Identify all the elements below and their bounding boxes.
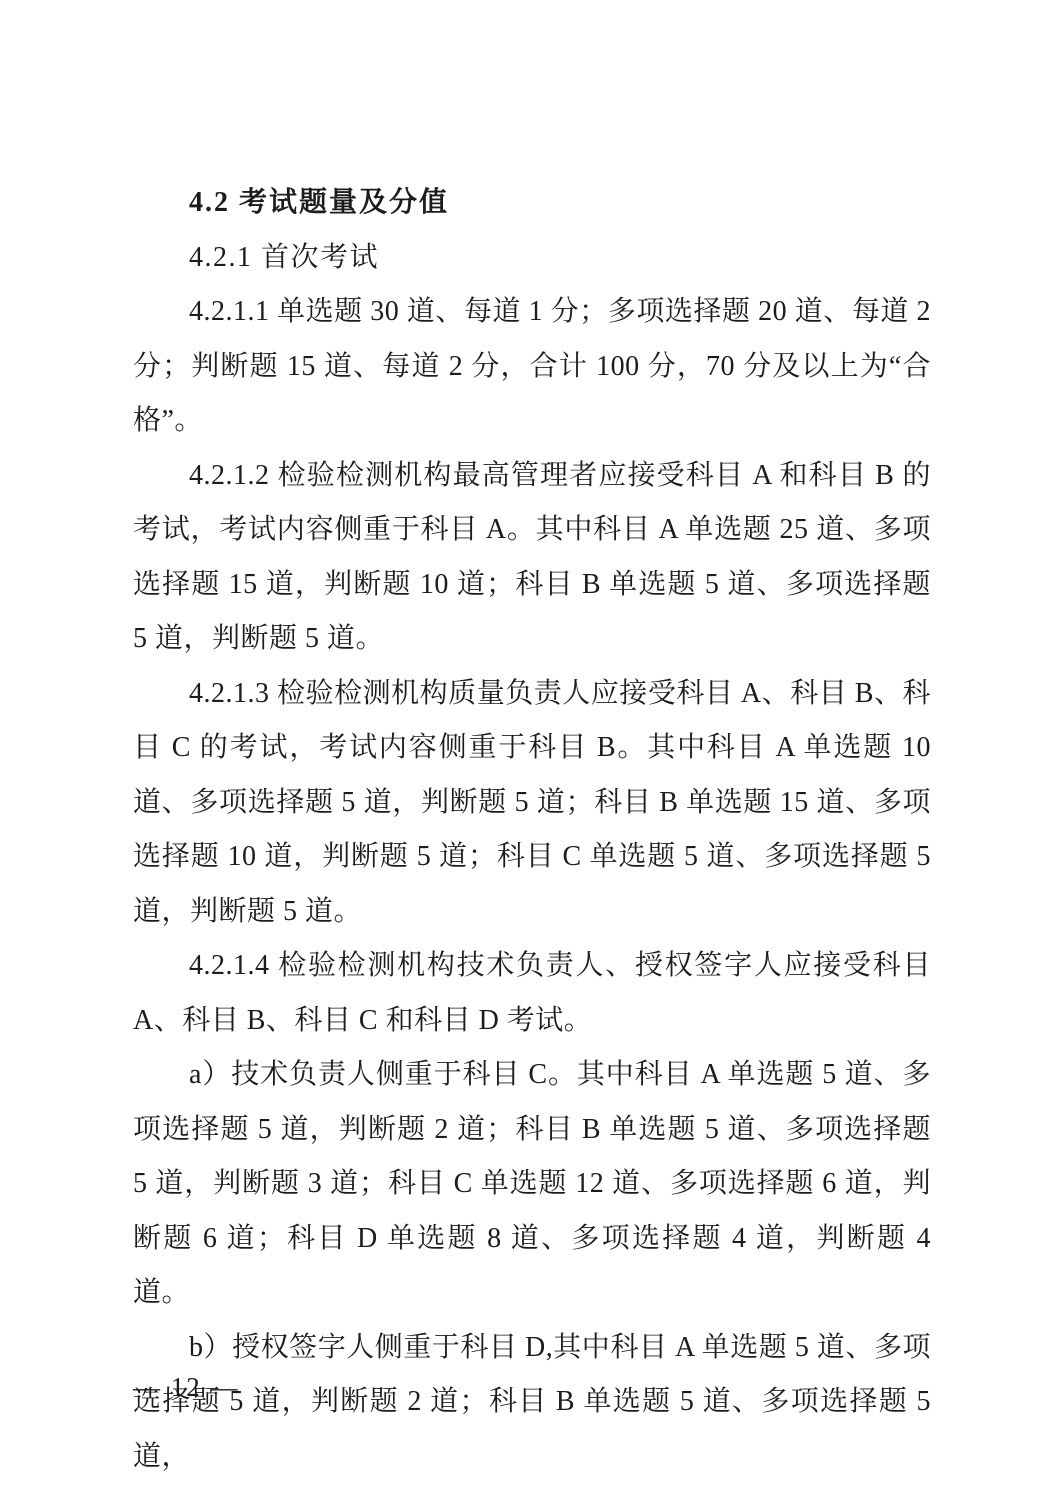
paragraph-item-b: b）授权签字人侧重于科目 D,其中科目 A 单选题 5 道、多项选择题 5 道，…: [133, 1321, 931, 1485]
paragraph-4213: 4.2.1.3 检验检测机构质量负责人应接受科目 A、科目 B、科目 C 的考试…: [133, 667, 931, 940]
paragraph-4214: 4.2.1.4 检验检测机构技术负责人、授权签字人应接受科目 A、科目 B、科目…: [133, 939, 931, 1048]
subsection-heading: 4.2.1 首次考试: [133, 231, 931, 286]
paragraph-item-a: a）技术负责人侧重于科目 C。其中科目 A 单选题 5 道、多项选择题 5 道，…: [133, 1048, 931, 1321]
section-heading: 4.2 考试题量及分值: [133, 176, 931, 231]
page-footer: — 12 —: [133, 1372, 240, 1403]
paragraph-4212: 4.2.1.2 检验检测机构最高管理者应接受科目 A 和科目 B 的考试，考试内…: [133, 449, 931, 667]
paragraph-4211: 4.2.1.1 单选题 30 道、每道 1 分；多项选择题 20 道、每道 2 …: [133, 285, 931, 449]
document-page: 4.2 考试题量及分值 4.2.1 首次考试 4.2.1.1 单选题 30 道、…: [0, 0, 1060, 1500]
page-number: — 12 —: [133, 1372, 240, 1402]
document-content: 4.2 考试题量及分值 4.2.1 首次考试 4.2.1.1 单选题 30 道、…: [133, 176, 931, 1484]
